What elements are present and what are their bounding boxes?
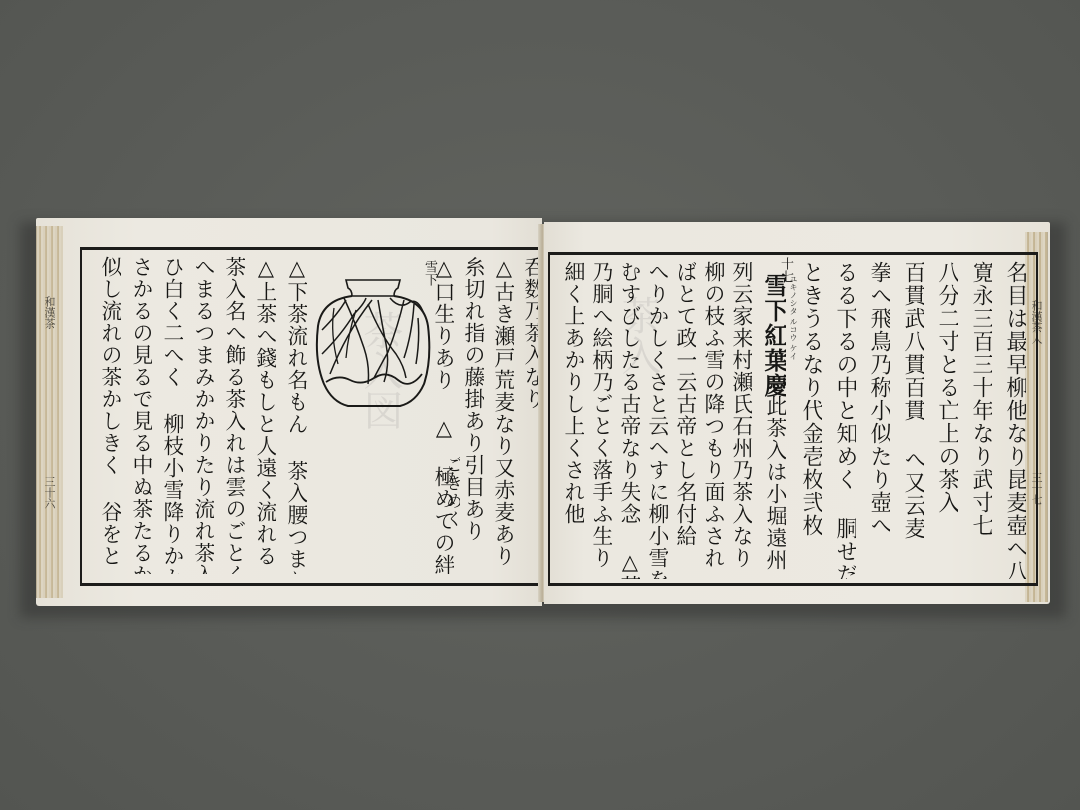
text-column: 寛永三百三十年なり武寸七 bbox=[958, 255, 992, 579]
open-book: 和漢茶 三十六 茶入図 呑数乃茶入なり △古き瀬戸荒麦なり又赤麦あり 糸切れ指の… bbox=[14, 214, 1066, 612]
text-column: ひ白く二へく 柳枝小雪降りかかり bbox=[152, 250, 183, 574]
left-fore-edge-page-number: 三十六 bbox=[41, 476, 57, 509]
left-page-lower-columns: △下茶流れ名もん 茶入腰つまり地也 △上茶へ錢もしと人遠く流れる 茶入名へ飾る茶… bbox=[90, 250, 307, 583]
text-column: 乃胴へ絵柄乃ごとく落手ふ生り bbox=[584, 255, 612, 579]
right-page: 和漢茶人 三十七 茶入 名目は最早柳他なり昆麦壺ヘ八 寛永三百三十年なり武寸七 … bbox=[544, 222, 1050, 604]
text-column: 列云家来村瀬氏石州乃茶入なり bbox=[724, 255, 752, 579]
right-page-left-columns: 列云家来村瀬氏石州乃茶入なり 柳の枝ふ雪の降つもり面ふされ ばとて政一云古帝とし… bbox=[556, 255, 752, 583]
heading-furigana: ユキノシタ ルコウ ケイ bbox=[788, 275, 799, 360]
left-page: 和漢茶 三十六 茶入図 呑数乃茶入なり △古き瀬戸荒麦なり又赤麦あり 糸切れ指の… bbox=[36, 218, 542, 606]
text-column: △上茶へ錢もしと人遠く流れる bbox=[245, 250, 276, 574]
text-column: 茶入名へ飾る茶入れは雲のごとく芸茶 bbox=[214, 250, 245, 574]
text-column: へりかしくさと云ヘすに柳小雪を bbox=[640, 255, 668, 579]
left-fore-edge: 和漢茶 三十六 bbox=[36, 226, 63, 598]
text-column: さかるの見るで見る中ぬ茶たるか bbox=[121, 250, 152, 574]
left-page-frame: 茶入図 呑数乃茶入なり △古き瀬戸荒麦なり又赤麦あり 糸切れ指の藤掛あり引目あり… bbox=[80, 247, 552, 586]
text-column: 拳へ飛鳥乃称小似たり壺へ bbox=[856, 255, 890, 579]
text-column: 似し流れの茶かしきく 谷をと bbox=[90, 250, 121, 574]
text-column: 名目は最早柳他なり昆麦壺ヘ八 bbox=[992, 255, 1026, 579]
text-column-short: ごきめく bbox=[434, 450, 460, 576]
text-column: るる下るの中と知めく 胴せだ bbox=[822, 255, 856, 579]
text-column: ばとて政一云古帝とし名付給 bbox=[668, 255, 696, 579]
text-column: △下茶流れ名もん 茶入腰つまり地也 bbox=[276, 250, 307, 574]
right-page-frame: 茶入 名目は最早柳他なり昆麦壺ヘ八 寛永三百三十年なり武寸七 八分二寸とる亡上の… bbox=[548, 252, 1038, 586]
text-column: へまるつまみかかりたり流れ茶入なつる bbox=[183, 250, 214, 574]
text-column: むすびしたる古帝なり失念 △茶入 bbox=[612, 255, 640, 579]
text-column: 此茶入は小堀遠州 bbox=[756, 395, 786, 575]
text-column: 百貫武八貫百貫 へ又云麦 bbox=[890, 255, 924, 579]
text-column: 八分二寸とる亡上の茶入 bbox=[924, 255, 958, 579]
left-fore-edge-title: 和漢茶 bbox=[41, 296, 57, 329]
text-column: △古き瀬戸荒麦なり又赤麦あり bbox=[484, 250, 514, 574]
text-column: 柳の枝ふ雪の降つもり面ふされ bbox=[696, 255, 724, 579]
right-page-right-columns: 名目は最早柳他なり昆麦壺ヘ八 寛永三百三十年なり武寸七 八分二寸とる亡上の茶入 … bbox=[788, 255, 1026, 583]
tea-caddy-illustration bbox=[308, 274, 438, 414]
text-column: 細く上あかりし上くされ他 bbox=[556, 255, 584, 579]
